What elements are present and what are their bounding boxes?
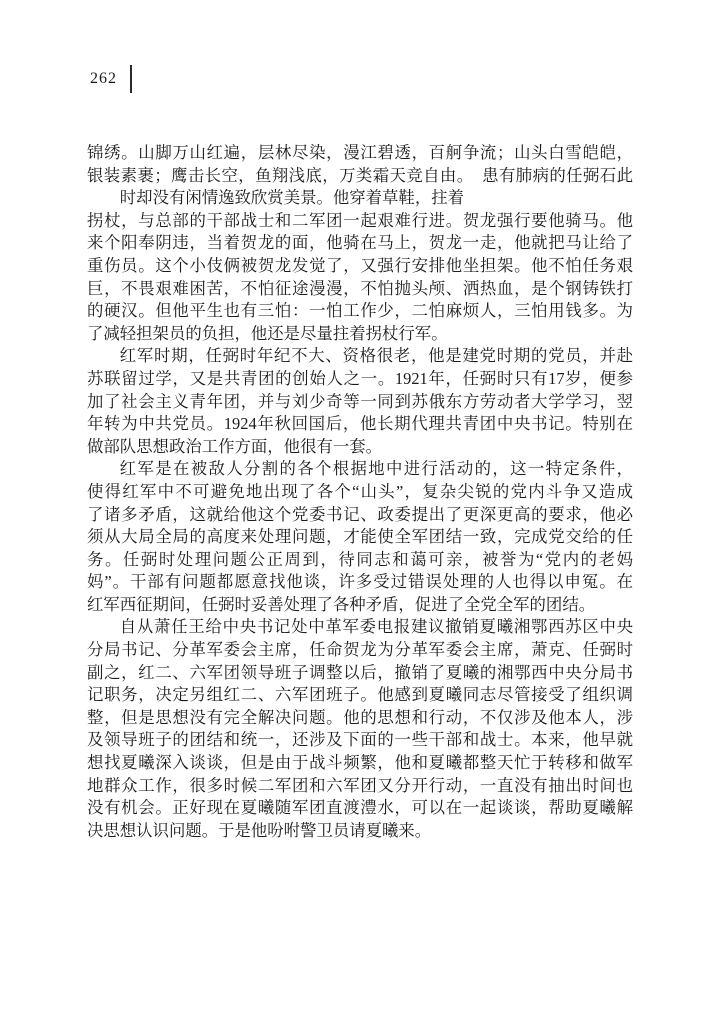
text-line: 加了社会主义青年团，并与刘少奇等一同到苏俄东方劳动者大学学习，翌	[87, 391, 633, 414]
text-line: 自从萧任王给中央书记处中革军委电报建议撤销夏曦湘鄂西苏区中央	[87, 616, 633, 639]
text-line: 地群众工作，很多时候二军团和六军团又分开行动，一直没有抽出时间也	[87, 775, 633, 798]
text-line: 没有机会。正好现在夏曦随军团直渡澧水，可以在一起谈谈，帮助夏曦解	[87, 797, 633, 820]
text-line: 巨，不畏艰难困苦，不怕征途漫漫，不怕抛头颅、洒热血，是个钢铸铁打	[87, 278, 633, 301]
text-line: 红军西征期间，任弼时妥善处理了各种矛盾，促进了全党全军的团结。	[87, 594, 633, 617]
text-line: 想找夏曦深入谈谈，但是由于战斗频繁，他和夏曦都整天忙于转移和做军	[87, 752, 633, 775]
text-line: 红军时期，任弼时年纪不大、资格很老，他是建党时期的党员，并赴	[87, 345, 633, 368]
text-line: 使得红军中不可避免地出现了各个“山头”，复杂尖锐的党内斗争又造成	[87, 481, 633, 504]
text-line: 决思想认识问题。于是他吩咐警卫员请夏曦来。	[87, 820, 633, 843]
text-line: 须从大局全局的高度来处理问题，才能使全军团结一致，完成党交给的任	[87, 526, 633, 549]
text-line: 苏联留过学，又是共青团的创始人之一。1921年，任弼时只有17岁，便参	[87, 368, 633, 391]
text-line: 重伤员。这个小伎俩被贺龙发觉了，又强行安排他坐担架。他不怕任务艰	[87, 255, 633, 278]
text-line: 务。任弼时处理问题公正周到，待同志和蔼可亲，被誉为“党内的老妈	[87, 549, 633, 572]
text-line: 红军是在被敌人分割的各个根据地中进行活动的，这一特定条件，	[87, 458, 633, 481]
text-line: 来个阳奉阴违，当着贺龙的面，他骑在马上，贺龙一走，他就把马让给了	[87, 232, 633, 255]
text-line: 的硬汉。但他平生也有三怕：一怕工作少，二怕麻烦人，三怕用钱多。为	[87, 300, 633, 323]
text-line: 年转为中共党员。1924年秋回国后，他长期代理共青团中央书记。特别在	[87, 413, 633, 436]
text-line: 时却没有闲情逸致欣赏美景。他穿着草鞋，拄着	[87, 187, 633, 210]
text-line: 及领导班子的团结和统一，还涉及下面的一些干部和战士。本来，他早就	[87, 729, 633, 752]
page-header: 262	[90, 64, 132, 94]
text-line: 记职务，决定另组红二、六军团班子。他感到夏曦同志尽管接受了组织调	[87, 684, 633, 707]
text-line: 拐杖，与总部的干部战士和二军团一起艰难行进。贺龙强行要他骑马。他	[87, 210, 633, 233]
page-number: 262	[90, 64, 117, 94]
text-line: 妈”。干部有问题都愿意找他谈，许多受过错误处理的人也得以申冤。在	[87, 571, 633, 594]
page-number-divider	[130, 65, 132, 93]
text-line: 整，但是思想没有完全解决问题。他的思想和行动，不仅涉及他本人，涉	[87, 707, 633, 730]
text-line: 了诸多矛盾，这就给他这个党委书记、政委提出了更深更高的要求，他必	[87, 504, 633, 527]
text-line: 做部队思想政治工作方面，他很有一套。	[87, 436, 633, 459]
text-line: 锦绣。山脚万山红遍，层林尽染，漫江碧透，百舸争流；山头白雪皑皑，	[87, 142, 633, 165]
text-line: 分局书记、分革军委会主席，任命贺龙为分革军委会主席，萧克、任弼时	[87, 639, 633, 662]
text-line: 了减轻担架员的负担，他还是尽量拄着拐杖行军。	[87, 323, 633, 346]
text-line: 银装素裹；鹰击长空，鱼翔浅底，万类霜天竞自由。 患有肺病的任弼石此	[87, 165, 633, 188]
text-line: 副之，红二、六军团领导班子调整以后，撤销了夏曦的湘鄂西中央分局书	[87, 662, 633, 685]
body-text: 锦绣。山脚万山红遍，层林尽染，漫江碧透，百舸争流；山头白雪皑皑， 银装素裹；鹰击…	[87, 142, 633, 842]
